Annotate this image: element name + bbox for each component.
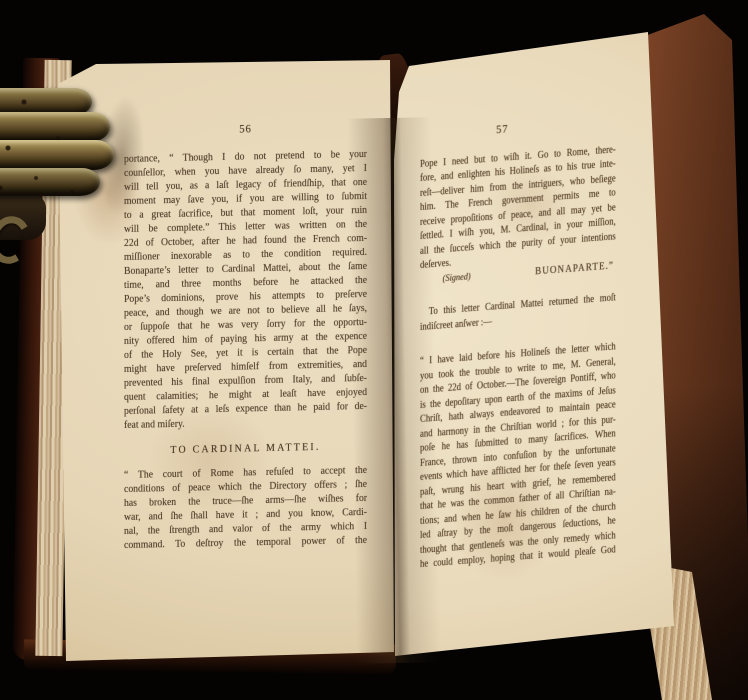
- right-paragraph-2: “ I have laid before his Holineſs the le…: [420, 340, 616, 572]
- left-paragraph-1: portance, “ Though I do not pretend to b…: [124, 147, 367, 418]
- right-paragraph-1: Pope I need but to wiſh it. Go to Rome, …: [420, 143, 616, 259]
- brass-page-holder-clamp: [0, 88, 122, 204]
- right-page-text: 57 Pope I need but to wiſh it. Go to Rom…: [420, 103, 616, 572]
- right-page-number: 57: [420, 113, 616, 142]
- clamp-speckles: [0, 88, 122, 204]
- signed-label: (Signed): [443, 270, 471, 287]
- left-paragraph-2: “ The court of Rome has refuſed to accep…: [124, 463, 367, 552]
- letter-heading: TO CARDINAL MATTEI.: [124, 439, 367, 458]
- left-page-text: 56 portance, “ Though I do not pretend t…: [124, 119, 367, 552]
- open-book-photo: 56 portance, “ Though I do not pretend t…: [0, 0, 748, 700]
